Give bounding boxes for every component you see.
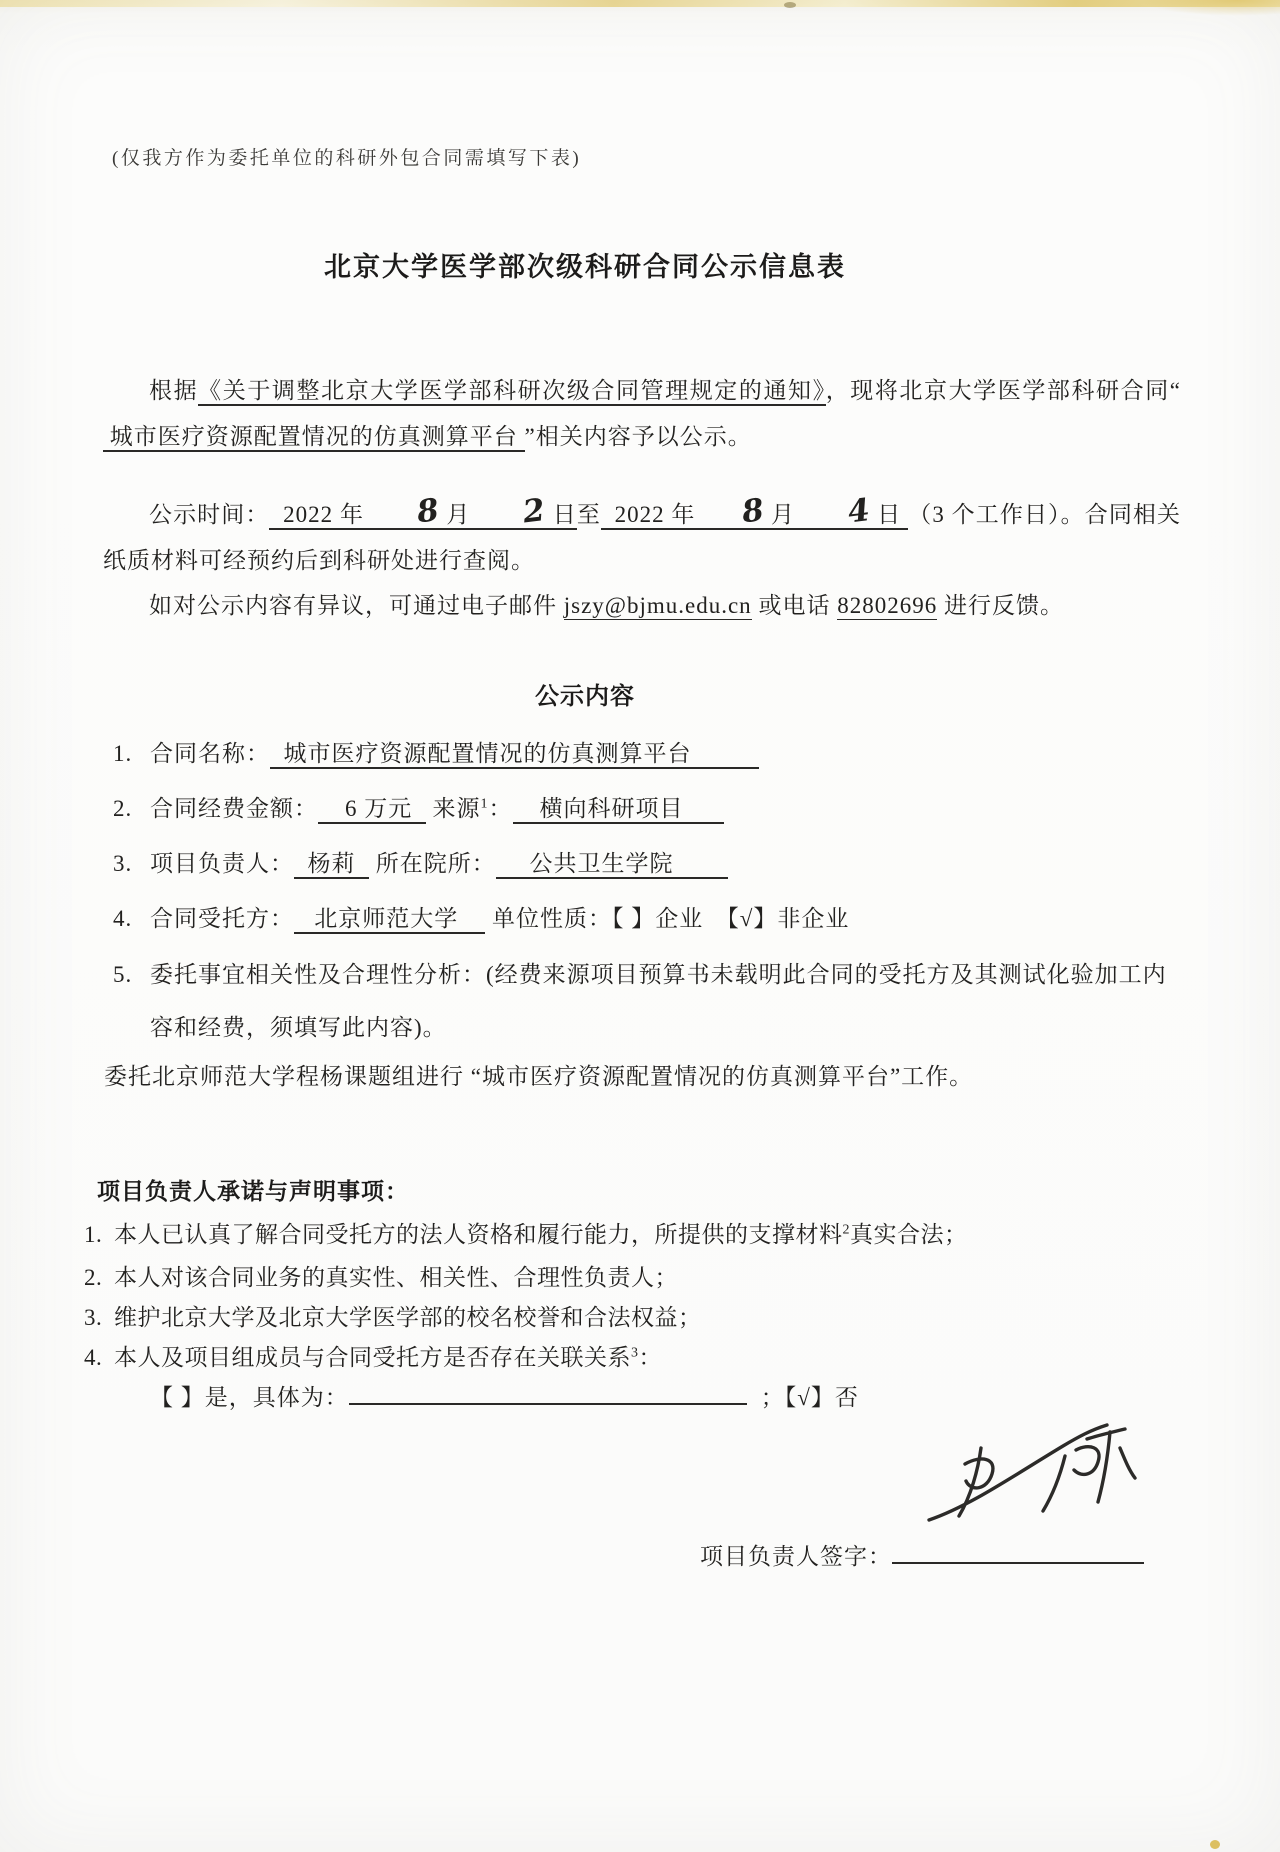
- option-yes-label: 【 】是，具体为：: [150, 1385, 349, 1410]
- leader-name-value: 杨莉: [294, 851, 369, 879]
- intro-paragraph: 根据《关于调整北京大学医学部科研次级合同管理规定的通知》，现将北京大学医学部科研…: [103, 368, 1181, 460]
- end-date-day-char: 日: [870, 502, 908, 527]
- end-date-month-char: 月: [764, 502, 802, 527]
- handwritten-signature: [915, 1418, 1150, 1536]
- intro-mid: ，现将北京大学医学部科研合同: [826, 378, 1170, 403]
- source-colon: ：: [489, 796, 513, 821]
- declaration-text: 维护北京大学及北京大学医学部的校名校誉和合法权益；: [114, 1305, 702, 1330]
- list-item-project-leader: 3. 项目负责人： 杨莉 所在院所： 公共卫生学院: [113, 838, 1185, 890]
- entity-type-options: 单位性质：【 】企业 【√】非企业: [485, 906, 849, 931]
- footnote-sup-3: 3: [631, 1345, 639, 1360]
- institute-label: 所在院所：: [369, 851, 496, 876]
- declaration-text: 本人对该合同业务的真实性、相关性、合理性负责人；: [114, 1265, 678, 1290]
- feedback-paragraph: 如对公示内容有异议，可通过电子邮件 jszy@bjmu.edu.cn 或电话 8…: [103, 583, 1181, 629]
- close-quote: ”: [525, 424, 536, 449]
- item-label: 合同受托方：: [150, 906, 294, 931]
- entrust-statement: 委托北京师范大学程杨课题组进行 “城市医疗资源配置情况的仿真测算平台”工作。: [104, 1058, 1190, 1091]
- item-label: 合同经费金额：: [150, 796, 318, 821]
- start-date-year: 2022 年: [269, 502, 370, 527]
- declaration-item-2: 2. 本人对该合同业务的真实性、相关性、合理性负责人；: [84, 1257, 1190, 1298]
- declaration-item-3: 3. 维护北京大学及北京大学医学部的校名校誉和合法权益；: [84, 1297, 1190, 1338]
- signature-line: 项目负责人签字：: [700, 1538, 1144, 1571]
- item-number: 2.: [84, 1257, 102, 1298]
- document-title: 北京大学医学部次级科研合同公示信息表: [0, 245, 1170, 284]
- scanned-document-page: (仅我方作为委托单位的科研外包合同需填写下表) 北京大学医学部次级科研合同公示信…: [0, 0, 1280, 1852]
- period-label: 公示时间：: [149, 502, 269, 527]
- declaration-heading: 项目负责人承诺与声明事项：: [97, 1173, 409, 1206]
- signature-label: 项目负责人签字：: [700, 1544, 892, 1569]
- item-label: 项目负责人：: [150, 851, 294, 876]
- item-number: 4.: [84, 1337, 102, 1378]
- start-day-handwritten: 2: [476, 495, 548, 534]
- declaration-item-1: 1. 本人已认真了解合同受托方的法人资格和履行能力，所提供的支撑材料2真实合法；: [84, 1214, 1190, 1255]
- item-number: 1.: [84, 1214, 102, 1255]
- list-item-trustee: 4. 合同受托方： 北京师范大学 单位性质：【 】企业 【√】非企业: [113, 893, 1185, 945]
- item-number: 1.: [113, 728, 132, 780]
- declaration-text: 本人已认真了解合同受托方的法人资格和履行能力，所提供的支撑材料: [114, 1222, 843, 1247]
- intro-tail: 相关内容予以公示。: [536, 424, 752, 449]
- source-label: 来源: [426, 796, 481, 821]
- scan-corner-smudge: [1140, 0, 1280, 16]
- end-day-handwritten: 4: [801, 495, 873, 534]
- list-item-contract-amount: 2. 合同经费金额： 6 万元 来源1： 横向科研项目: [113, 783, 1185, 835]
- source-value: 横向科研项目: [513, 796, 725, 824]
- publicity-content-heading: 公示内容: [0, 676, 1170, 711]
- contract-name-underlined: 城市医疗资源配置情况的仿真测算平台: [103, 424, 525, 452]
- declaration-tail: 真实合法；: [850, 1222, 968, 1247]
- footnote-sup-1: 1: [481, 796, 489, 811]
- list-item-contract-name: 1. 合同名称： 城市医疗资源配置情况的仿真测算平台: [113, 728, 1185, 780]
- feedback-email: jszy@bjmu.edu.cn: [564, 593, 752, 620]
- start-date-month-char: 月: [440, 502, 478, 527]
- start-date-underlined: 2022 年 8 月 2 日: [269, 502, 576, 530]
- item-number: 2.: [113, 783, 132, 835]
- feedback-phone: 82802696: [837, 593, 937, 620]
- institute-value: 公共卫生学院: [496, 851, 728, 879]
- start-date-day-char: 日: [546, 502, 577, 527]
- publicity-period-paragraph: 公示时间： 2022 年 8 月 2 日至 2022 年8 月 4 日 （3 个…: [103, 492, 1181, 584]
- item-number: 3.: [84, 1297, 102, 1338]
- signature-blank: [892, 1538, 1144, 1564]
- notice-title-underlined: 《关于调整北京大学医学部科研次级合同管理规定的通知》: [198, 378, 826, 406]
- item-label: 合同名称：: [150, 741, 270, 766]
- scan-top-edge-artifact: [0, 0, 1280, 7]
- contract-name-value: 城市医疗资源配置情况的仿真测算平台: [270, 741, 759, 769]
- declaration-tail: ：: [639, 1345, 663, 1370]
- scan-speck-bottom: [1210, 1840, 1220, 1849]
- feedback-tail: 进行反馈。: [937, 593, 1064, 618]
- option-no-label: 【√】否: [785, 1385, 859, 1410]
- scan-speck: [784, 2, 796, 8]
- end-date-underlined: 2022 年8 月 4 日: [601, 502, 908, 530]
- feedback-pre: 如对公示内容有异议，可通过电子邮件: [149, 593, 564, 618]
- feedback-mid: 或电话: [752, 593, 838, 618]
- relation-detail-blank: [349, 1379, 747, 1405]
- declaration-text: 本人及项目组成员与合同受托方是否存在关联关系: [114, 1345, 631, 1370]
- period-to: 至: [577, 502, 601, 527]
- list-item-analysis: 5. 委托事宜相关性及合理性分析：(经费来源项目预算书未载明此合同的受托方及其测…: [113, 948, 1190, 1054]
- end-date-year: 2022 年: [601, 502, 696, 527]
- item-number: 4.: [113, 893, 132, 945]
- start-month-handwritten: 8: [370, 495, 442, 534]
- footnote-sup-2: 2: [843, 1222, 851, 1237]
- item-number: 5.: [113, 948, 132, 1001]
- relation-option-line: 【 】是，具体为：；【√】否: [150, 1379, 859, 1412]
- item-number: 3.: [113, 838, 132, 890]
- analysis-text: 委托事宜相关性及合理性分析：(经费来源项目预算书未载明此合同的受托方及其测试化验…: [150, 962, 1167, 1040]
- form-instruction-note: (仅我方作为委托单位的科研外包合同需填写下表): [112, 143, 581, 170]
- open-quote: “: [1170, 378, 1181, 403]
- declaration-item-4: 4. 本人及项目组成员与合同受托方是否存在关联关系3：: [84, 1337, 1190, 1378]
- intro-lead: 根据: [149, 378, 198, 403]
- trustee-value: 北京师范大学: [294, 906, 485, 934]
- amount-value: 6 万元: [318, 796, 426, 824]
- option-separator: ；: [761, 1385, 785, 1410]
- end-month-handwritten: 8: [694, 495, 766, 534]
